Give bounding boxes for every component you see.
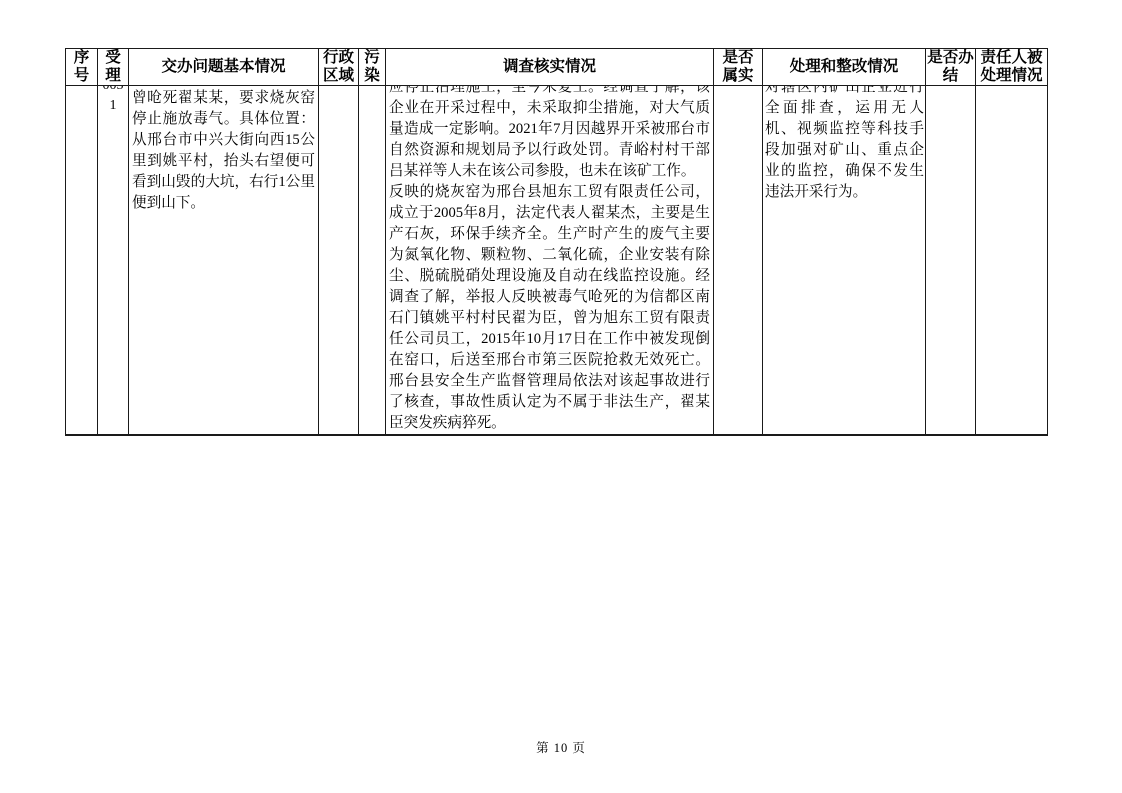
cell-admin-region bbox=[319, 86, 359, 436]
column-header-pollution: 污 染 bbox=[359, 49, 386, 86]
cell-accountability bbox=[976, 86, 1048, 436]
table-row: 005 1 曾呛死翟某某，要求烧灰窑停止施放毒气。具体位置：从邢台市中兴大街向西… bbox=[66, 86, 1048, 436]
column-header-problem-basics: 交办问题基本情况 bbox=[129, 49, 319, 86]
column-header-accountability: 责任人被 处理情况 bbox=[976, 49, 1048, 86]
page-number: 第 10 页 bbox=[0, 738, 1122, 756]
cell-rectification: 对辖区内矿山企业进行全面排查，运用无人机、视频监控等科技手段加强对矿山、重点企业… bbox=[763, 86, 926, 436]
column-header-rectification: 处理和整改情况 bbox=[763, 49, 926, 86]
column-header-is-verified: 是否 属实 bbox=[714, 49, 763, 86]
column-header-is-closed: 是否办 结 bbox=[926, 49, 976, 86]
cell-serial-number bbox=[66, 86, 98, 436]
document-page: 序 号 受 理 交办问题基本情况 行政 区域 污 染 调查核实情况 是否 属实 … bbox=[0, 0, 1122, 793]
column-header-serial-number: 序 号 bbox=[66, 49, 98, 86]
cell-pollution bbox=[359, 86, 386, 436]
cell-is-closed bbox=[926, 86, 976, 436]
cell-investigation: 应停止治理施工，至今未复工。经调查了解，该企业在开采过程中，未采取抑尘措施，对大… bbox=[386, 86, 714, 436]
cell-acceptance-number: 005 1 bbox=[98, 86, 129, 436]
table-header-row: 序 号 受 理 交办问题基本情况 行政 区域 污 染 调查核实情况 是否 属实 … bbox=[66, 49, 1048, 86]
column-header-acceptance: 受 理 bbox=[98, 49, 129, 86]
complaints-report-table: 序 号 受 理 交办问题基本情况 行政 区域 污 染 调查核实情况 是否 属实 … bbox=[65, 48, 1048, 436]
column-header-investigation: 调查核实情况 bbox=[386, 49, 714, 86]
cell-problem-basics: 曾呛死翟某某，要求烧灰窑停止施放毒气。具体位置：从邢台市中兴大街向西15公里到姚… bbox=[129, 86, 319, 436]
cell-is-verified bbox=[714, 86, 763, 436]
column-header-admin-region: 行政 区域 bbox=[319, 49, 359, 86]
